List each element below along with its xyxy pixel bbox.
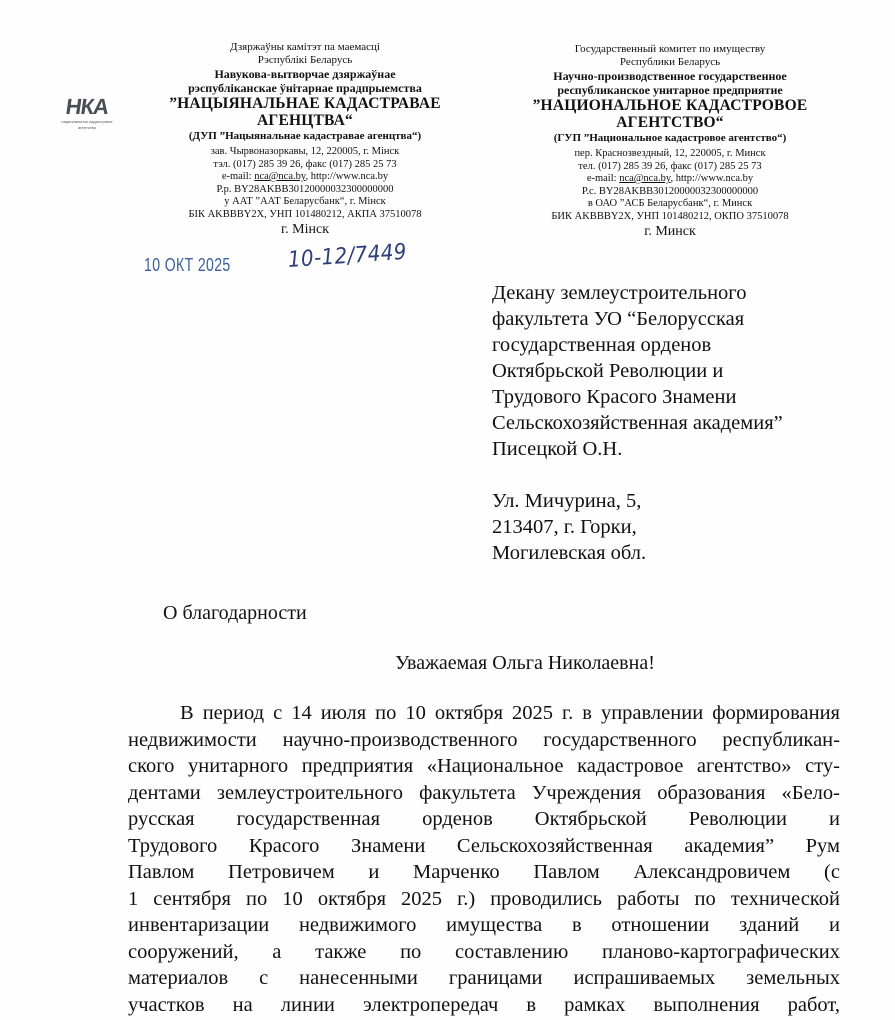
word: (с — [824, 859, 840, 886]
word: 14 — [291, 700, 312, 727]
word: г.) — [457, 886, 475, 913]
word: академия” — [684, 833, 774, 860]
word: отношении — [611, 912, 709, 939]
word: агентство» — [697, 753, 792, 780]
body-line: ПавломПетровичемиМарченкоПавломАлександр… — [128, 859, 840, 886]
word: и — [829, 806, 840, 833]
org-contacts: e-mail: nca@nca.by, http://www.nca.by — [517, 173, 823, 186]
website-link[interactable]: , http://www.nca.by — [670, 173, 753, 184]
bank-account: Р.с. BY28AKBB30120000032300000000 — [517, 186, 823, 199]
addressee-line: государственная орденов — [492, 332, 892, 358]
word: Знамени — [351, 833, 425, 860]
word: В — [180, 700, 194, 727]
word: а — [272, 939, 281, 966]
bank-codes: БИК AKBBBY2X, УНП 101480212, ОКПО 375100… — [517, 211, 823, 224]
word: Петровичем — [228, 859, 335, 886]
word: имущества — [446, 912, 542, 939]
word: Октябрьской — [535, 806, 647, 833]
word: по — [375, 700, 396, 727]
letterhead-russian: Государственный комитет по имуществу Рес… — [517, 43, 823, 240]
word: образования — [657, 780, 765, 807]
website-link[interactable]: , http://www.nca.by — [305, 171, 388, 182]
word: формирования — [712, 700, 840, 727]
body-line: инвентаризациинедвижимогоимуществавотнош… — [128, 912, 840, 939]
spacer — [492, 462, 892, 488]
word: участков — [128, 992, 205, 1019]
city: г. Мінск — [150, 222, 460, 238]
word: материалов — [128, 965, 228, 992]
word: 10 — [282, 886, 303, 913]
word: октября — [318, 886, 386, 913]
word: ского — [128, 753, 174, 780]
word: рамках — [564, 992, 625, 1019]
email-link[interactable]: nca@nca.by — [254, 171, 305, 182]
word: сентября — [153, 886, 231, 913]
body-line: недвижимостинаучно-производственногогосу… — [128, 727, 840, 754]
word: проводились — [490, 886, 602, 913]
word: г. — [562, 700, 573, 727]
letterhead-belarusian: Дзяржаўны камітэт па маемасці Рэспублікі… — [150, 41, 460, 238]
word: инвентаризации — [128, 912, 269, 939]
word: нанесенными — [299, 965, 418, 992]
org-name-line-2: АГЕНЦТВА“ — [150, 112, 460, 129]
word: предприятия — [302, 753, 413, 780]
word: Революции — [689, 806, 787, 833]
word: управлении — [601, 700, 703, 727]
word: Трудового — [128, 833, 217, 860]
salutation: Уважаемая Ольга Николаевна! — [130, 652, 840, 675]
city: г. Минск — [517, 224, 823, 240]
org-name-line-2: АГЕНТСТВО“ — [517, 114, 823, 131]
letter-body: Впериодс14июляпо10октября2025г.вуправлен… — [128, 700, 840, 1018]
word: русская — [128, 806, 195, 833]
logo-caption: национальное кадастровое агентство — [52, 119, 122, 131]
word: недвижимости — [128, 727, 257, 754]
word: электропередач — [363, 992, 498, 1019]
org-phone: тэл. (017) 285 39 26, факс (017) 285 25 … — [150, 159, 460, 172]
word: по — [246, 886, 267, 913]
word: по — [695, 886, 716, 913]
word: на — [233, 992, 253, 1019]
word: с — [273, 700, 282, 727]
org-address: пер. Краснозвездный, 12, 220005, г. Минс… — [517, 148, 823, 161]
word: «Национальное — [427, 753, 564, 780]
word: унитарного — [188, 753, 288, 780]
email-label: e-mail: — [587, 173, 619, 184]
word: научно-производственного — [283, 727, 518, 754]
word: испрашиваемых — [573, 965, 715, 992]
body-line: материаловснанесеннымиграницамииспрашива… — [128, 965, 840, 992]
word: орденов — [422, 806, 493, 833]
word: Павлом — [533, 859, 599, 886]
word: июля — [321, 700, 366, 727]
org-type-line-2: республиканское унитарное предприятие — [517, 83, 823, 97]
word: составлению — [455, 939, 568, 966]
org-phone: тел. (017) 285 39 26, факс (017) 285 25 … — [517, 161, 823, 174]
word: государственная — [237, 806, 380, 833]
word: линии — [281, 992, 335, 1019]
word: в — [582, 700, 592, 727]
date-stamp: 10 ОКТ 2025 — [144, 255, 231, 276]
word: факультета — [419, 780, 516, 807]
word: кадастровое — [577, 753, 683, 780]
word: 10 — [405, 700, 426, 727]
word: октября — [435, 700, 503, 727]
word: работ, — [788, 992, 840, 1019]
org-type-line-2: рэспубліканскае ўнітарнае прадпрыемства — [150, 81, 460, 95]
word: государственного — [543, 727, 696, 754]
org-address: зав. Чырвоназоркавы, 12, 220005, г. Мінс… — [150, 146, 460, 159]
word: и — [368, 859, 379, 886]
letter-page: НКА национальное кадастровое агентство Д… — [0, 0, 895, 1020]
word: выполнения — [654, 992, 760, 1019]
addressee-line: Сельскохозяйственная академия” — [492, 410, 892, 436]
word: «Бело- — [782, 780, 840, 807]
word: 2025 — [401, 886, 442, 913]
address-line: Могилевская обл. — [492, 540, 892, 566]
word: границами — [449, 965, 543, 992]
addressee-line: Октябрьской Революции и — [492, 358, 892, 384]
org-type-line: Научно-производственное государственное — [517, 69, 823, 83]
body-line: Впериодс14июляпо10октября2025г.вуправлен… — [128, 700, 840, 727]
org-abbr: (ДУП ”Нацыянальнае кадастравае агенцтва“… — [150, 129, 460, 143]
body-line: скогоунитарногопредприятия«Национальноек… — [128, 753, 840, 780]
addressee-line: Декану землеустроительного — [492, 280, 892, 306]
word: Сельскохозяйственная — [457, 833, 653, 860]
body-line: ТрудовогоКрасогоЗнамениСельскохозяйствен… — [128, 833, 840, 860]
word: по — [400, 939, 421, 966]
word: землеустроительного — [217, 780, 403, 807]
org-abbr: (ГУП ”Национальное кадастровое агентство… — [517, 131, 823, 145]
registration-number: 10-12/7449 — [287, 240, 408, 273]
word: недвижимого — [299, 912, 416, 939]
nca-logo: НКА национальное кадастровое агентство — [52, 96, 122, 130]
word: республикан- — [722, 727, 840, 754]
address-line: 213407, г. Горки, — [492, 514, 892, 540]
word: Рум — [806, 833, 840, 860]
word: период — [203, 700, 264, 727]
addressee-line: факультета УО “Белорусская — [492, 306, 892, 332]
word: 1 — [128, 886, 138, 913]
word: в — [526, 992, 536, 1019]
address-line: Ул. Мичурина, 5, — [492, 488, 892, 514]
body-line: 1сентябряпо10октября2025г.)проводилисьра… — [128, 886, 840, 913]
addressee-block: Декану землеустроительного факультета УО… — [492, 280, 892, 566]
org-name-line-1: ”НАЦЫЯНАЛЬНАЕ КАДАСТРАВАЕ — [150, 95, 460, 112]
word: работы — [617, 886, 680, 913]
bank-name: в ОАО ”АСБ Беларусбанк“, г. Минск — [517, 198, 823, 211]
ministry-line: Дзяржаўны камітэт па маемасці — [150, 41, 460, 54]
org-type-line: Навукова-вытворчае дзяржаўнае — [150, 67, 460, 81]
word: в — [572, 912, 582, 939]
bank-name: у ААТ ”ААТ Беларусбанк“, г. Мінск — [150, 196, 460, 209]
email-link[interactable]: nca@nca.by — [619, 173, 670, 184]
letter-subject: О благодарности — [163, 602, 307, 625]
country-line: Рэспублікі Беларусь — [150, 54, 460, 67]
word: также — [315, 939, 366, 966]
word: Красого — [249, 833, 320, 860]
bank-codes: БІК AKBBBY2X, УНП 101480212, АКПА 375100… — [150, 209, 460, 222]
word: Марченко — [413, 859, 500, 886]
addressee-name: Писецкой О.Н. — [492, 436, 892, 462]
word: с — [259, 965, 268, 992]
org-contacts: e-mail: nca@nca.by, http://www.nca.by — [150, 171, 460, 184]
body-line: сооружений,атакжепосоставлениюпланово-ка… — [128, 939, 840, 966]
body-line: участковналинииэлектропередачврамкахвыпо… — [128, 992, 840, 1019]
ministry-line: Государственный комитет по имуществу — [517, 43, 823, 56]
word: дентами — [128, 780, 201, 807]
word: планово-картографических — [602, 939, 840, 966]
email-label: e-mail: — [222, 171, 254, 182]
logo-mark: НКА — [50, 96, 123, 118]
body-line: русскаягосударственнаяорденовОктябрьской… — [128, 806, 840, 833]
word: технической — [731, 886, 840, 913]
word: сту- — [805, 753, 840, 780]
word: Павлом — [128, 859, 194, 886]
word: и — [829, 912, 840, 939]
body-line: дентамиземлеустроительногофакультетаУчре… — [128, 780, 840, 807]
word: земельных — [746, 965, 840, 992]
bank-account: Р.р. BY28AKBB30120000032300000000 — [150, 184, 460, 197]
country-line: Республики Беларусь — [517, 56, 823, 69]
word: Александровичем — [633, 859, 790, 886]
org-name-line-1: ”НАЦИОНАЛЬНОЕ КАДАСТРОВОЕ — [517, 97, 823, 114]
word: зданий — [739, 912, 799, 939]
word: Учреждения — [532, 780, 641, 807]
word: 2025 — [512, 700, 553, 727]
word: сооружений, — [128, 939, 239, 966]
addressee-line: Трудового Красого Знамени — [492, 384, 892, 410]
